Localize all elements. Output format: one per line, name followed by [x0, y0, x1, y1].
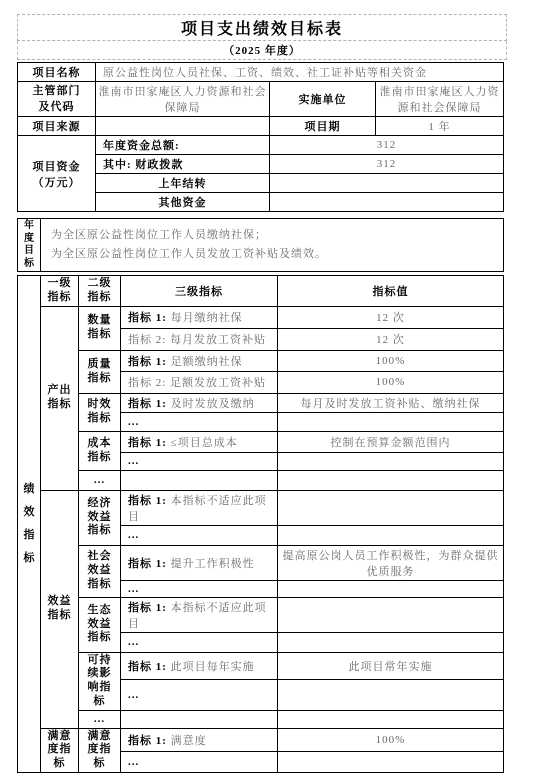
annual-goal-label: 年度目标 [18, 219, 41, 272]
funding-other-value [270, 193, 504, 212]
indicator-row: 质量指标 指标 1: 足额缴纳社保 100% [18, 350, 504, 371]
indicator-label-cell: 指标 1: 本指标不适应此项目 [121, 490, 278, 525]
indicator-label-cell: ... [121, 412, 278, 431]
indicator-value-cell: 提高原公岗人员工作积极性，为群众提供优质服务 [278, 545, 504, 580]
goal-line: 为全区原公益性岗位工作人员缴纳社保； [51, 226, 501, 245]
indicator-label-cell: 指标 2: 每月发放工资补贴 [121, 328, 278, 350]
indicator-value-cell [278, 490, 504, 525]
indicator-label-cell: 指标 1: 满意度 [121, 728, 278, 751]
funding-fiscal-value: 312 [270, 155, 504, 174]
level2-ellipsis: ... [79, 710, 121, 728]
indicator-label-cell: 指标 1: 提升工作积极性 [121, 545, 278, 580]
indicator-label-cell: ... [121, 580, 278, 597]
indicator-value-cell [278, 470, 504, 490]
document-page: 项目支出绩效目标表 （2025 年度） 项目名称 原公益性岗位人员社保、工资、绩… [0, 0, 535, 713]
indicator-label-cell: 指标 1: 本指标不适应此项目 [121, 597, 278, 632]
indicator-value-cell [278, 710, 504, 728]
funding-label: 项目资金（万元） [18, 136, 96, 212]
level2-timeliness: 时效指标 [79, 393, 121, 431]
indicator-value-cell: 此项目常年实施 [278, 652, 504, 680]
indicator-value-cell: 12 次 [278, 306, 504, 328]
level2-ecological: 生态效益指标 [79, 597, 121, 652]
indicator-row: 产出指标 数量指标 指标 1: 每月缴纳社保 12 次 [18, 306, 504, 328]
indicator-label-cell: 指标 1: 每月缴纳社保 [121, 306, 278, 328]
title-block: 项目支出绩效目标表 （2025 年度） [17, 14, 507, 60]
annual-goal-text: 为全区原公益性岗位工作人员缴纳社保； 为全区原公益性岗位工作人员发放工资补贴及绩… [41, 219, 504, 272]
level2-social: 社会效益指标 [79, 545, 121, 597]
department-value: 淮南市田家庵区人力资源和社会保障局 [96, 82, 270, 117]
level2-economic: 经济效益指标 [79, 490, 121, 545]
header-value: 指标值 [278, 276, 504, 307]
indicator-value-cell [278, 452, 504, 470]
funding-total-label: 年度资金总额: [96, 136, 270, 155]
department-row: 主管部门及代码 淮南市田家庵区人力资源和社会保障局 实施单位 淮南市田家庵区人力… [18, 82, 504, 117]
level2-ellipsis: ... [79, 470, 121, 490]
indicator-value-cell [278, 412, 504, 431]
level1-benefit: 效益指标 [41, 490, 79, 728]
annual-goal-row: 年度目标 为全区原公益性岗位工作人员缴纳社保； 为全区原公益性岗位工作人员发放工… [18, 219, 504, 272]
funding-carryover-value [270, 174, 504, 193]
funding-other-label: 其他资金 [96, 193, 270, 212]
funding-carryover-label: 上年结转 [96, 174, 270, 193]
indicator-row: 时效指标 指标 1: 及时发放及缴纳 每月及时发放工资补贴、缴纳社保 [18, 393, 504, 412]
indicator-value-cell: 100% [278, 371, 504, 393]
level2-quantity: 数量指标 [79, 306, 121, 350]
indicator-value-cell: 控制在预算金额范围内 [278, 431, 504, 452]
header-level3: 三级指标 [121, 276, 278, 307]
project-source-row: 项目来源 项目期 1 年 [18, 117, 504, 136]
indicator-label-cell [121, 710, 278, 728]
indicator-value-cell [278, 597, 504, 632]
indicator-label-cell: 指标 1: 及时发放及缴纳 [121, 393, 278, 412]
indicator-value-cell [278, 680, 504, 710]
indicator-row: 成本指标 指标 1: ≤项目总成本 控制在预算金额范围内 [18, 431, 504, 452]
indicator-value-cell: 每月及时发放工资补贴、缴纳社保 [278, 393, 504, 412]
level1-output: 产出指标 [41, 306, 79, 490]
indicator-value-cell: 100% [278, 728, 504, 751]
indicator-row: ... [18, 470, 504, 490]
funding-total-row: 项目资金（万元） 年度资金总额: 312 [18, 136, 504, 155]
department-label: 主管部门及代码 [18, 82, 96, 117]
level2-satisfaction: 满意度指标 [79, 728, 121, 772]
indicator-label-cell: ... [121, 751, 278, 772]
subtitle-row: （2025 年度） [18, 41, 507, 60]
header-level1: 一级指标 [41, 276, 79, 307]
indicator-value-cell [278, 632, 504, 652]
project-source-value [96, 117, 270, 136]
indicator-value-cell: 100% [278, 350, 504, 371]
title-row: 项目支出绩效目标表 [18, 15, 507, 41]
indicator-label-cell [121, 470, 278, 490]
indicator-value-cell [278, 751, 504, 772]
page-title: 项目支出绩效目标表 [18, 15, 507, 41]
indicator-row: 生态效益指标 指标 1: 本指标不适应此项目 [18, 597, 504, 632]
indicator-row: 可持续影响指标 指标 1: 此项目每年实施 此项目常年实施 [18, 652, 504, 680]
indicator-value-cell [278, 580, 504, 597]
project-name-row: 项目名称 原公益性岗位人员社保、工资、绩效、社工证补贴等相关资金 [18, 63, 504, 82]
indicator-label-cell: ... [121, 452, 278, 470]
indicator-row: 效益指标 经济效益指标 指标 1: 本指标不适应此项目 [18, 490, 504, 525]
performance-side-label: 绩效指标 [18, 276, 41, 773]
project-period-value: 1 年 [376, 117, 504, 136]
project-info-table: 项目名称 原公益性岗位人员社保、工资、绩效、社工证补贴等相关资金 主管部门及代码… [17, 62, 504, 212]
indicator-label-cell: ... [121, 525, 278, 545]
project-name-value: 原公益性岗位人员社保、工资、绩效、社工证补贴等相关资金 [96, 63, 504, 82]
implementing-unit-label: 实施单位 [270, 82, 376, 117]
level1-satisfaction: 满意度指标 [41, 728, 79, 772]
indicator-label-cell: 指标 2: 足额发放工资补贴 [121, 371, 278, 393]
performance-indicators-table: 绩效指标 一级指标 二级指标 三级指标 指标值 产出指标 数量指标 指标 1: … [17, 275, 504, 773]
funding-total-value: 312 [270, 136, 504, 155]
indicator-row: 满意度指标 满意度指标 指标 1: 满意度 100% [18, 728, 504, 751]
level2-quality: 质量指标 [79, 350, 121, 393]
indicator-label-cell: 指标 1: 此项目每年实施 [121, 652, 278, 680]
project-period-label: 项目期 [270, 117, 376, 136]
project-source-label: 项目来源 [18, 117, 96, 136]
level2-cost: 成本指标 [79, 431, 121, 470]
indicators-header-row: 绩效指标 一级指标 二级指标 三级指标 指标值 [18, 276, 504, 307]
header-level2: 二级指标 [79, 276, 121, 307]
indicator-row: 社会效益指标 指标 1: 提升工作积极性 提高原公岗人员工作积极性，为群众提供优… [18, 545, 504, 580]
page-subtitle-year: （2025 年度） [18, 41, 507, 60]
project-name-label: 项目名称 [18, 63, 96, 82]
indicator-label-cell: ... [121, 680, 278, 710]
indicator-label-cell: 指标 1: ≤项目总成本 [121, 431, 278, 452]
funding-fiscal-label: 其中: 财政拨款 [96, 155, 270, 174]
level2-sustainability: 可持续影响指标 [79, 652, 121, 710]
indicator-value-cell: 12 次 [278, 328, 504, 350]
indicator-value-cell [278, 525, 504, 545]
indicator-label-cell: 指标 1: 足额缴纳社保 [121, 350, 278, 371]
goal-line: 为全区原公益性岗位工作人员发放工资补贴及绩效。 [51, 245, 501, 264]
annual-goal-section: 年度目标 为全区原公益性岗位工作人员缴纳社保； 为全区原公益性岗位工作人员发放工… [17, 218, 504, 272]
implementing-unit-value: 淮南市田家庵区人力资源和社会保障局 [376, 82, 504, 117]
indicator-label-cell: ... [121, 632, 278, 652]
